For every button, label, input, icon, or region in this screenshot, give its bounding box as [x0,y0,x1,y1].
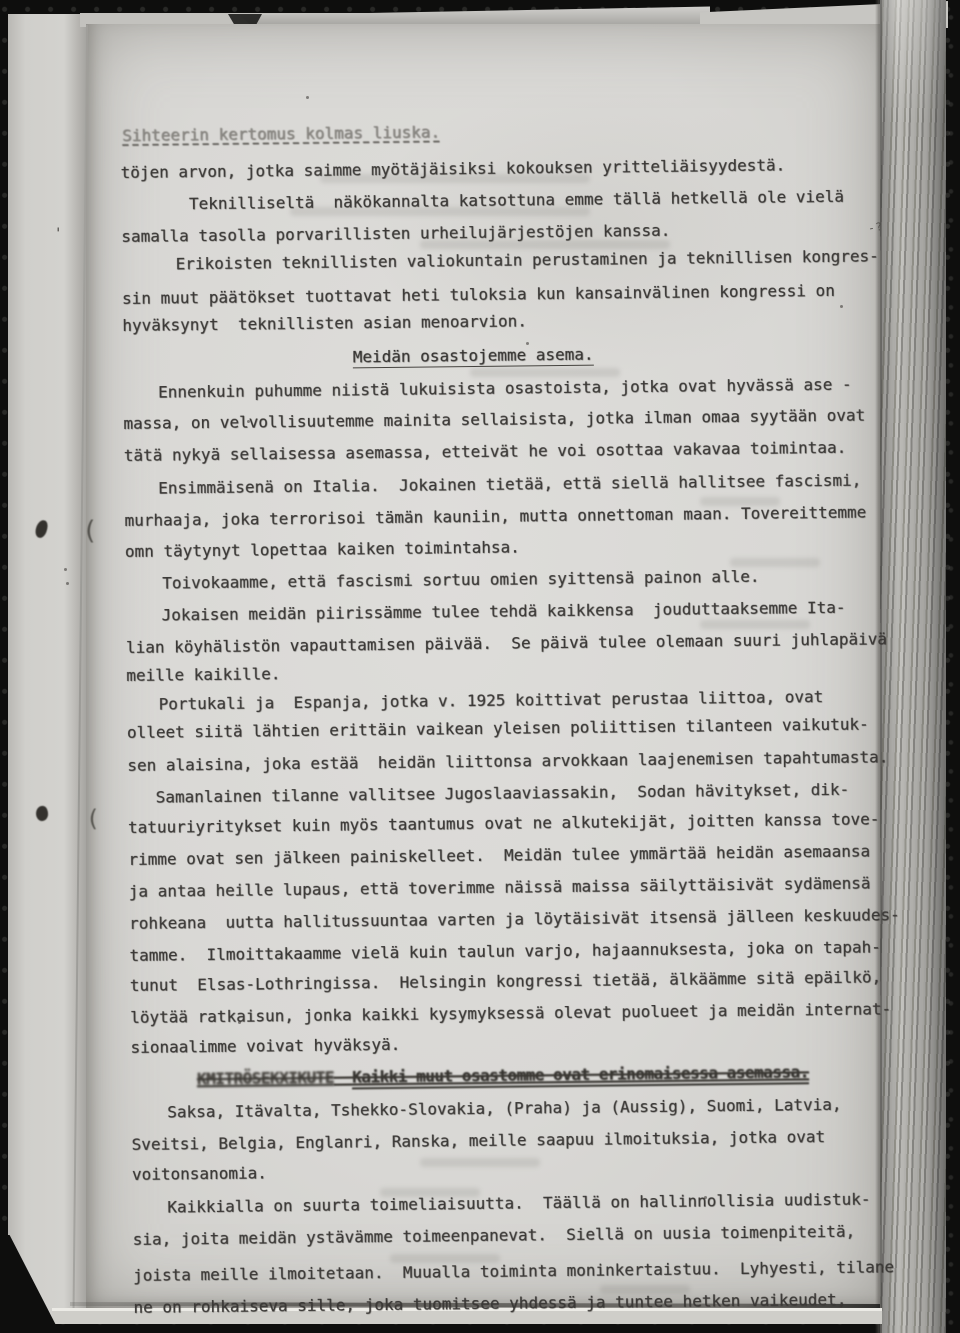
paper-speck [306,96,309,99]
typed-text-block: Sihteerin kertomus kolmas liuska.töjen a… [119,0,924,1333]
struck-out-text: KMITRÖSEKXIKUTE [197,1068,334,1089]
text-line: rimme ovat sen jälkeen painiskelleet. Me… [128,842,870,870]
text-line: Erikoisten teknillisten valiokuntain per… [176,246,879,274]
text-line: omn täytynyt lopettaa kaiken toimintahsa… [125,537,520,561]
ink-paren-mark: ( [86,806,100,832]
bleedthrough-smudge [700,620,810,629]
text-line: Samanlainen tilanne vallitsee Jugoslaavi… [156,780,850,808]
text-line: Kaikkialla on suurta toimeliaisuutta. Tä… [167,1190,870,1218]
scanned-document-photo: Sihteerin kertomus kolmas liuska.töjen a… [0,0,960,1333]
bleedthrough-smudge [420,240,670,249]
bleedthrough-smudge [320,174,590,183]
paper-speck [840,305,843,308]
paper-speck [66,582,69,585]
text-line: tatuuriyritykset kuin myös taantumus ova… [128,809,880,838]
text-line: meille kaikille. [126,664,280,686]
bleedthrough-smudge [380,1188,480,1197]
text-line: massa, on velvollisuutemme mainita sella… [123,406,865,434]
bleedthrough-smudge [390,1254,500,1263]
text-line: lian köyhälistön vapauttamisen päivää. S… [126,629,887,658]
text-line: sionaalimme voivat hyväksyä. [130,1035,400,1058]
text-line: ne on rohkaiseva sille, joka tuomitsee y… [133,1290,846,1318]
text-line: Ensimmäisenä on Italia. Jokainen tietää,… [158,471,861,499]
text-line: murhaaja, joka terrorisoi tämän kauniin,… [124,503,866,531]
text-line: Sveitsi, Belgia, Englanri, Ranska, meill… [132,1127,826,1155]
text-line: sen alaisina, joka estää heidän liittons… [127,747,888,776]
text-line: Toivokaamme, että fascismi sortuu omien … [162,567,759,594]
corrected-line: KMITRÖSEKXIKUTE Kaikki muut osastomme ov… [197,1062,809,1089]
text-line: voitonsanomia. [132,1163,267,1185]
text-line: hyväksynyt teknillisten asian menoarvion… [122,311,527,336]
text-line: Saksa, Itävalta, Tshekko-Slovakia, (Prah… [167,1095,841,1123]
text-line: löytää ratkaisun, jonka kaikki kysymykse… [130,999,891,1028]
paper-speck [247,420,250,423]
document-title-line: Sihteerin kertomus kolmas liuska. [122,122,440,146]
bleedthrough-smudge [470,368,620,377]
text-line: tamme. Ilmoittakaamme vielä kuin taulun … [129,937,881,966]
paper-speck [704,1196,707,1199]
bleedthrough-smudge [420,1158,540,1167]
bleedthrough-smudge [700,497,780,506]
text-line: joista meille ilmoitetaan. Muualla toimi… [133,1257,894,1286]
paper-speck [64,568,67,571]
text-line: rohkeana uutta hallitussuuntaa varten ja… [129,905,900,934]
bleedthrough-smudge [600,1285,690,1294]
ink-paren-mark: ( [82,516,98,546]
text-line: sin muut päätökset tuottavat heti tuloks… [122,281,835,309]
bleedthrough-smudge [290,207,590,216]
paper-speck [526,342,529,345]
pen-scribble: -? [867,220,884,235]
text-line: ja antaa heille lupaus, että toverimme n… [129,874,871,902]
underlined-statement: Kaikki muut osastomme ovat erinomaisessa… [352,1062,809,1089]
apostrophe-mark: ' [54,226,62,242]
text-line: tätä nykyä sellaisessa asemassa, etteivä… [124,438,847,466]
section-heading-text: Meidän osastojemme asema. [353,345,594,369]
text-line: Ennenkuin puhumme niistä lukuisista osas… [158,375,852,403]
text-line: Portukali ja Espanja, jotka v. 1925 koit… [159,687,824,715]
text-line: olleet siitä lähtien erittäin vaikean yl… [127,715,869,743]
text-line: sia, joita meidän ystävämme toimeenpanev… [133,1222,856,1250]
section-heading: Meidän osastojemme asema. [353,345,594,368]
bleedthrough-smudge [730,558,820,567]
paper-speck [238,1021,241,1024]
text-line: tunut Elsas-Lothringissa. Helsingin kong… [130,967,882,996]
